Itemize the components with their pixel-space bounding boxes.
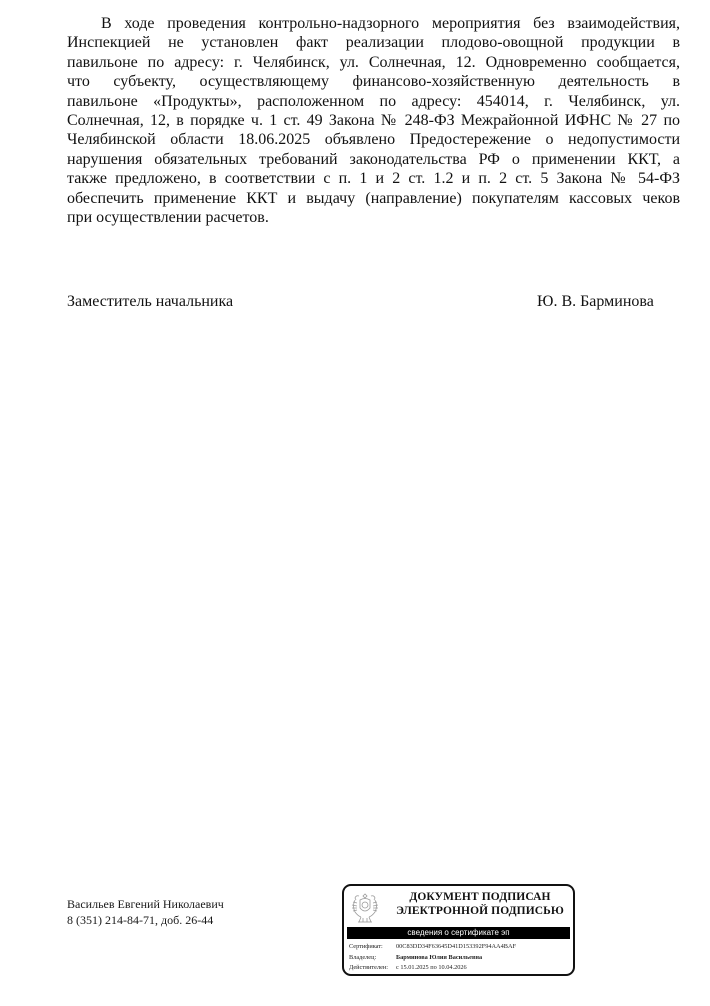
paragraph-line: павильоне «Продукты», расположенном по а… <box>67 92 680 111</box>
owner-row: Владелец: Барминова Юлия Васильевна <box>349 953 569 964</box>
russian-coat-of-arms-icon <box>349 891 381 925</box>
validity-label: Действителен: <box>349 963 396 974</box>
executor-phone: 8 (351) 214-84-71, доб. 26-44 <box>67 913 224 929</box>
main-paragraph: В ходе проведения контрольно-надзорного … <box>67 14 680 227</box>
paragraph-line: также предложено, в соответствии с п. 1 … <box>67 169 680 188</box>
paragraph-line: Челябинской области 18.06.2025 объявлено… <box>67 130 680 149</box>
paragraph-line: обеспечить применение ККТ и выдачу (напр… <box>67 189 680 208</box>
executor-name: Васильев Евгений Николаевич <box>67 897 224 913</box>
paragraph-line: при осуществлении расчетов. <box>67 208 680 227</box>
stamp-title-line: ЭЛЕКТРОННОЙ ПОДПИСЬЮ <box>388 904 572 918</box>
paragraph-line: что субъекту, осуществляющему финансово-… <box>67 72 680 91</box>
owner-label: Владелец: <box>349 953 396 964</box>
paragraph-line: павильоне по адресу: г. Челябинск, ул. С… <box>67 53 680 72</box>
paragraph-line: Инспекцией не установлен факт реализации… <box>67 33 680 52</box>
stamp-title-line: ДОКУМЕНТ ПОДПИСАН <box>388 890 572 904</box>
electronic-signature-stamp: ДОКУМЕНТ ПОДПИСАН ЭЛЕКТРОННОЙ ПОДПИСЬЮ с… <box>342 884 575 976</box>
signer-position: Заместитель начальника <box>67 292 233 311</box>
owner-value: Барминова Юлия Васильевна <box>396 953 482 964</box>
validity-row: Действителен: с 15.01.2025 по 10.04.2026 <box>349 963 569 974</box>
certificate-label: Сертификат: <box>349 942 396 953</box>
certificate-row: Сертификат: 00C83DD34F63645D41D153392F94… <box>349 942 569 953</box>
paragraph-line: Солнечная, 12, в порядке ч. 1 ст. 49 Зак… <box>67 111 680 130</box>
certificate-details: Сертификат: 00C83DD34F63645D41D153392F94… <box>349 942 569 974</box>
paragraph-line: нарушения обязательных требований законо… <box>67 150 680 169</box>
paragraph-line: В ходе проведения контрольно-надзорного … <box>67 14 680 33</box>
validity-value: с 15.01.2025 по 10.04.2026 <box>396 963 467 974</box>
certificate-info-bar: сведения о сертификате эп <box>347 927 570 939</box>
stamp-title: ДОКУМЕНТ ПОДПИСАН ЭЛЕКТРОННОЙ ПОДПИСЬЮ <box>388 890 572 918</box>
certificate-value: 00C83DD34F63645D41D153392F94AA4BAF <box>396 942 516 953</box>
executor-info: Васильев Евгений Николаевич 8 (351) 214-… <box>67 897 224 928</box>
document-page: В ходе проведения контрольно-надзорного … <box>0 0 710 1006</box>
signer-name: Ю. В. Барминова <box>537 292 654 311</box>
